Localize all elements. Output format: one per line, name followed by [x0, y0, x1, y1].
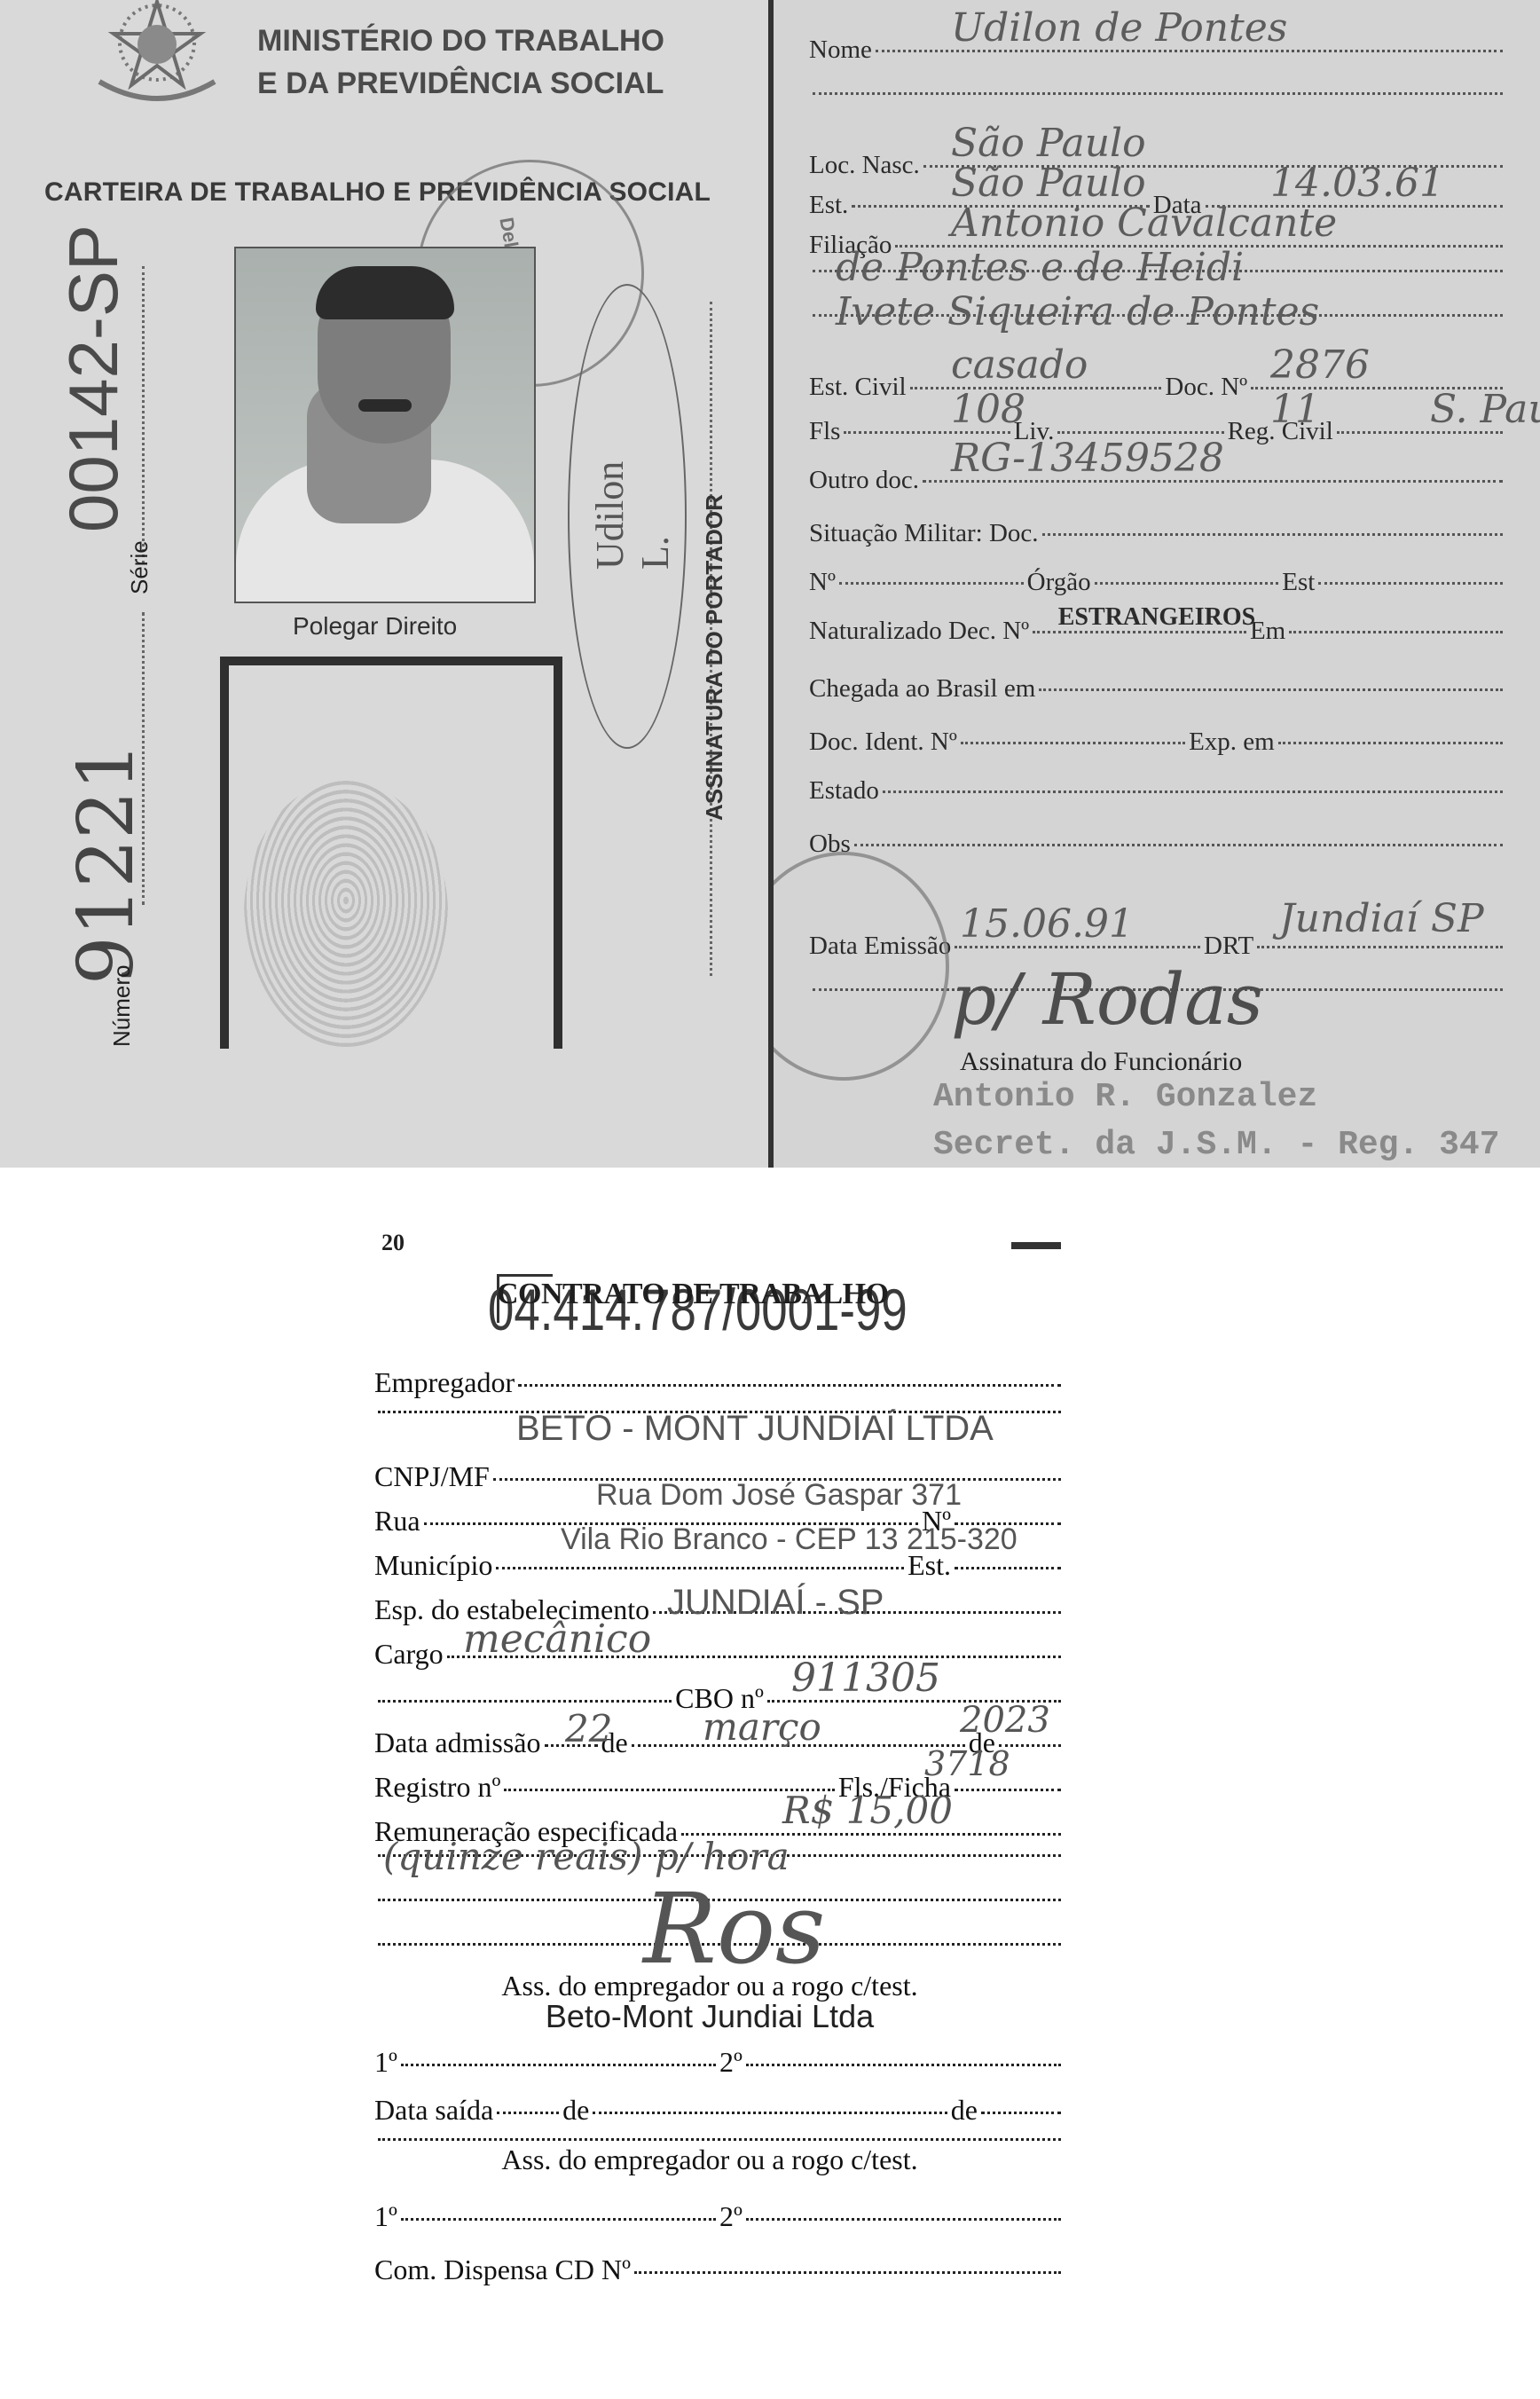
foreigner-field-row: Doc. Ident. NºExp. em — [809, 728, 1506, 757]
field-remuneracao-extenso: (quinze reais) p/ hora — [374, 1860, 1065, 1862]
page-number: 20 — [381, 1230, 405, 1256]
field-empregador-value: BETO - MONT JUNDIAÍ LTDA — [374, 1416, 1065, 1419]
numero-value: 91221 — [62, 742, 151, 985]
serie-value: 00142-SP — [53, 224, 134, 532]
qualification-field-value: 108 — [951, 387, 1025, 432]
foreigner-field-label: Exp. em — [1189, 728, 1275, 757]
drt-value: Jundiaí SP — [1279, 896, 1484, 941]
qualification-field-row: Situação Militar: Doc. — [809, 519, 1506, 548]
employer-name-stamp: Beto-Mont Jundiai Ltda — [319, 1998, 1100, 2035]
holder-signature-label: ASSINATURA DO PORTADOR — [701, 494, 728, 821]
qualification-field-label: Est — [1282, 568, 1315, 597]
contract-title: CONTRATO DE TRABALHO — [497, 1278, 889, 1311]
foreigner-field-row: Estado — [809, 776, 1506, 806]
qualification-field-row: NomeUdilon de Pontes — [809, 35, 1506, 65]
field-empregador: Empregador — [374, 1366, 1065, 1399]
qualification-field-row: de Pontes e de Heidi — [809, 275, 1506, 278]
serie-label: Série — [126, 540, 153, 594]
qualification-field-label: Outro doc. — [809, 466, 919, 495]
field-witnesses: 1º 2º — [374, 2046, 1065, 2079]
qualification-field-value: Udilon de Pontes — [951, 5, 1287, 51]
officer-signature: p/ Rodas — [951, 958, 1263, 1041]
qualification-field-value: de Pontes e de Heidi — [836, 245, 1244, 290]
qualification-field-label: Nome — [809, 35, 872, 65]
employer-signature-caption-exit: Ass. do empregador ou a rogo c/test. — [319, 2143, 1100, 2176]
qualification-field-value: 14.03.61 — [1270, 161, 1444, 206]
qualification-field-value: 11 — [1270, 387, 1320, 432]
qualification-field-value: RG-13459528 — [951, 436, 1224, 481]
foreigner-field-label: Estado — [809, 776, 879, 806]
qualification-field-value: Antonio Cavalcante — [951, 201, 1337, 246]
field-data-saida: Data saída de de — [374, 2094, 1065, 2127]
field-dispensa: Com. Dispensa CD Nº — [374, 2253, 1065, 2286]
qualification-field-value: S. Paulo — [1430, 387, 1540, 432]
qualification-field-row: NºÓrgãoEst — [809, 568, 1506, 597]
ctps-identification-page: MINISTÉRIO DO TRABALHO E DA PREVIDÊNCIA … — [0, 0, 770, 1168]
foreigner-field-row: Chegada ao Brasil em — [809, 674, 1506, 704]
field-registro: Registro nº Fls./Ficha 3718 — [374, 1771, 1065, 1804]
foreigner-field-label: Doc. Ident. Nº — [809, 728, 957, 757]
qualification-field-value: Ivete Siqueira de Pontes — [836, 289, 1319, 334]
numero-label: Número — [108, 965, 136, 1047]
field-cargo: Cargo mecânico — [374, 1638, 1065, 1671]
qualification-field-label: Doc. Nº — [1165, 373, 1247, 402]
corner-mark — [1011, 1242, 1061, 1249]
numero-dotted-line — [142, 612, 146, 905]
qualification-field-value: São Paulo — [951, 121, 1146, 166]
qualification-field-label: Est. Civil — [809, 373, 907, 402]
official-stamp — [774, 852, 949, 1081]
data-emissao-value: 15.06.91 — [960, 901, 1134, 947]
holder-signature: Udilon L. — [568, 284, 687, 749]
qualification-field-label: Nº — [809, 568, 836, 597]
qualification-field-row: Ivete Siqueira de Pontes — [809, 319, 1506, 322]
officer-signature-label: Assinatura do Funcionário — [960, 1047, 1242, 1077]
qualification-field-row — [809, 98, 1506, 100]
ctps-qualification-page: NomeUdilon de PontesLoc. Nasc.São PauloE… — [774, 0, 1540, 1168]
qualification-field-label: Est. — [809, 191, 848, 220]
qualification-field-label: Fls — [809, 417, 840, 446]
foreigner-field-row: Obs — [809, 830, 1506, 859]
section-title-foreigners: ESTRANGEIROS — [774, 603, 1540, 632]
qualification-field-label: Loc. Nasc. — [809, 151, 920, 180]
field-municipio: Município Est. Vila Rio Branco - CEP 13 … — [374, 1549, 1065, 1582]
employer-signature: Ros — [643, 1872, 826, 1986]
qualification-field-label: Situação Militar: Doc. — [809, 519, 1039, 548]
foreigner-field-label: Chegada ao Brasil em — [809, 674, 1035, 704]
serie-dotted-line — [142, 266, 146, 563]
thumb-label: Polegar Direito — [293, 612, 457, 641]
brazil-coat-of-arms-icon — [82, 0, 232, 106]
fingerprint-image — [244, 781, 448, 1047]
employment-contract-page: 20 04.414.787/0001-99 CONTRATO DE TRABAL… — [319, 1189, 1100, 2399]
ministry-header: MINISTÉRIO DO TRABALHO E DA PREVIDÊNCIA … — [257, 20, 664, 105]
officer-name-stamp: Antonio R. Gonzalez Secret. da J.S.M. - … — [933, 1074, 1500, 1168]
qualification-field-value: casado — [951, 342, 1088, 388]
qualification-field-row: Est. CivilcasadoDoc. Nº2876 — [809, 373, 1506, 402]
qualification-field-label: Órgão — [1027, 568, 1091, 597]
field-witnesses-exit: 1º 2º — [374, 2200, 1065, 2233]
qualification-field-value: 2876 — [1270, 342, 1370, 388]
holder-photo — [234, 247, 536, 603]
qualification-field-value: São Paulo — [951, 161, 1146, 206]
qualification-field-row: Outro doc.RG-13459528 — [809, 466, 1506, 495]
